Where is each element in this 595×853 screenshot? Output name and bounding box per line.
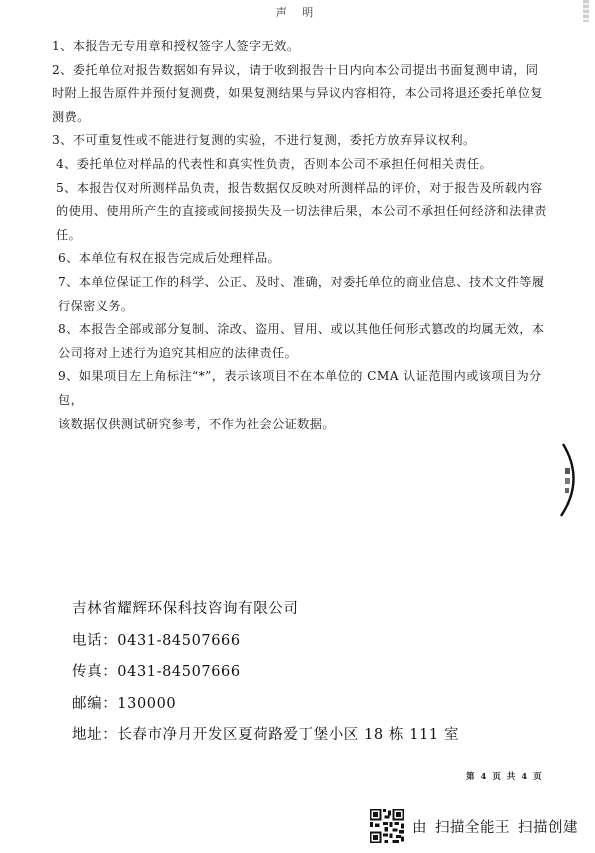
corner-mark	[583, 0, 589, 22]
company-name: 吉林省耀辉环保科技咨询有限公司	[72, 594, 532, 626]
clause-7-line-2: 行保密义务。	[52, 295, 552, 319]
clause-8-line-2: 公司将对上述行为追究其相应的法律责任。	[52, 342, 552, 366]
clause-6-line-1: 6、本单位有权在报告完成后处理样品。	[52, 247, 552, 271]
clause-9-line-2: 该数据仅供测试研究参考，不作为社会公证数据。	[52, 413, 552, 437]
clause-2-line-2: 时附上报告原件并预付复测费，如果复测结果与异议内容相符，本公司将退还委托单位复	[52, 82, 552, 106]
clause-2-line-3: 测费。	[52, 106, 552, 130]
clause-5-line-3: 任。	[52, 224, 552, 248]
postcode-line: 邮编：130000	[72, 689, 532, 721]
watermark-app-name: 扫描全能王	[435, 820, 510, 836]
address-line: 地址：长春市净月开发区夏荷路爱丁堡小区 18 栋 111 室	[72, 720, 532, 752]
clause-2-line-1: 2、委托单位对报告数据如有异议，请于收到报告十日内向本公司提出书面复测申请，同	[52, 59, 552, 83]
clause-7-line-1: 7、本单位保证工作的科学、公正、及时、准确，对委托单位的商业信息、技术文件等履	[52, 271, 552, 295]
partial-seal-stamp-icon	[555, 440, 585, 520]
watermark-prefix: 由	[412, 820, 427, 836]
scanner-watermark-text: 由扫描全能王扫描创建	[412, 816, 578, 837]
contact-block: 吉林省耀辉环保科技咨询有限公司 电话：0431-84507666 传真：0431…	[72, 594, 532, 752]
fax-line: 传真：0431-84507666	[72, 657, 532, 689]
clause-1-line-1: 1、本报告无专用章和授权签字人签字无效。	[52, 35, 552, 59]
clause-5-line-2: 的使用、使用所产生的直接或间接损失及一切法律后果，本公司不承担任何经济和法律责	[52, 200, 552, 224]
clause-9-line-1: 9、如果项目左上角标注“*”，表示该项目不在本单位的 CMA 认证范围内或该项目…	[52, 365, 552, 412]
qr-code-icon	[370, 809, 404, 843]
declaration-clauses: 1、本报告无专用章和授权签字人签字无效。 2、委托单位对报告数据如有异议，请于收…	[52, 35, 552, 436]
page-title: 声 明	[0, 4, 595, 20]
scanner-watermark: 由扫描全能王扫描创建	[370, 809, 578, 843]
clause-4-line-1: 4、委托单位对样品的代表性和真实性负责，否则本公司不承担任何相关责任。	[52, 153, 552, 177]
clause-5-line-1: 5、本报告仅对所测样品负责，报告数据仅反映对所测样品的评价，对于报告及所载内容	[52, 177, 552, 201]
page-number: 第 4 页 共 4 页	[466, 770, 543, 782]
phone-line: 电话：0431-84507666	[72, 626, 532, 658]
clause-8-line-1: 8、本报告全部或部分复制、涂改、盗用、冒用、或以其他任何形式篡改的均属无效，本	[52, 318, 552, 342]
watermark-suffix: 扫描创建	[518, 820, 578, 836]
clause-3-line-1: 3、不可重复性或不能进行复测的实验，不进行复测，委托方放弃异议权利。	[52, 129, 552, 153]
